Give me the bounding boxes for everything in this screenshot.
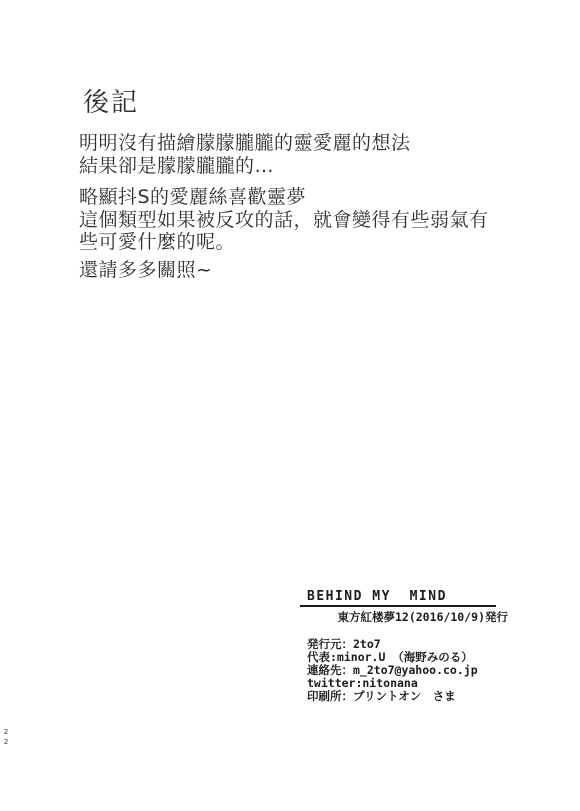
paragraph-line: 明明沒有描繪朦朦朧朧的靈愛麗的想法 (79, 132, 411, 155)
printer-line: 印刷所：プリントオン さま (307, 690, 515, 703)
paragraph-line: 還請多多關照~ (79, 259, 212, 282)
afterword-paragraph-1: 明明沒有描繪朦朦朧朧的靈愛麗的想法 結果卻是朦朦朧朧的… (79, 132, 411, 177)
paragraph-line: 些可愛什麼的呢。 (79, 231, 489, 254)
colophon-block: BEHIND MY MIND 東方紅楼夢12(2016/10/9)発行 発行元：… (300, 589, 515, 703)
afterword-title: 後記 (83, 82, 139, 119)
colophon-details: 発行元：2to7 代表:minor.U （海野みのる） 連絡先：m_2to7@y… (300, 638, 515, 703)
page-number: 22 (2, 728, 9, 748)
paragraph-line: 這個類型如果被反攻的話，就會變得有些弱氣有 (79, 209, 489, 232)
afterword-paragraph-3: 還請多多關照~ (79, 259, 212, 282)
event-publication-line: 東方紅楼夢12(2016/10/9)発行 (300, 609, 508, 625)
paragraph-line: 略顯抖S的愛麗絲喜歡靈夢 (79, 186, 489, 209)
doujinshi-afterword-page: 後記 明明沒有描繪朦朦朧朧的靈愛麗的想法 結果卻是朦朦朧朧的… 略顯抖S的愛麗絲… (0, 0, 580, 811)
paragraph-line: 結果卻是朦朦朧朧的… (79, 155, 411, 178)
book-title: BEHIND MY MIND (300, 589, 496, 607)
afterword-paragraph-2: 略顯抖S的愛麗絲喜歡靈夢 這個類型如果被反攻的話，就會變得有些弱氣有 些可愛什麼… (79, 186, 489, 254)
